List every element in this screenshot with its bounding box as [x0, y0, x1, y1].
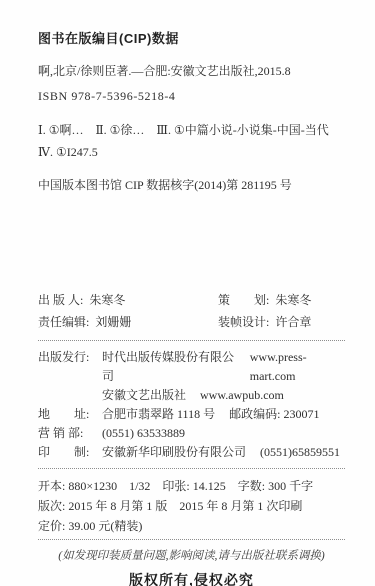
editor-value: 刘姗姗: [95, 314, 131, 331]
cip-isbn-line: ISBN 978-7-5396-5218-4: [38, 88, 345, 104]
designer-value: 许合章: [275, 314, 311, 331]
copyright-statement: 版权所有,侵权必究: [38, 570, 345, 586]
row-extra: (0551)65859551: [260, 443, 340, 462]
planner-label: 策 划:: [218, 292, 269, 309]
cip-header: 图书在版编目(CIP)数据: [38, 28, 345, 47]
dotted-divider: [38, 539, 345, 540]
row-label: 地 址:: [38, 405, 102, 424]
row-label: 印 制:: [38, 443, 102, 462]
edition-line: 版次: 2015 年 8 月第 1 版 2015 年 8 月第 1 次印刷: [38, 496, 345, 516]
price-line: 定价: 39.00 元(精装): [38, 516, 345, 536]
printing-specs-section: 开本: 880×1230 1/32 印张: 14.125 字数: 300 千字 …: [38, 476, 345, 536]
editor: 责任编辑: 刘姗姗: [38, 314, 218, 331]
row-label: 出版发行:: [38, 348, 102, 386]
designer: 装帧设计: 许合章: [218, 314, 345, 331]
publisher-info-section: 出版发行: 时代出版传媒股份有限公司 www.press-mart.com 安徽…: [38, 348, 345, 462]
cip-record-line: 中国版本图书馆 CIP 数据核字(2014)第 281195 号: [38, 177, 345, 193]
row-label: [38, 386, 102, 405]
publisher-info-row: 出版发行: 时代出版传媒股份有限公司 www.press-mart.com: [38, 348, 345, 386]
publisher-person-value: 朱寒冬: [89, 292, 125, 309]
staff-row: 责任编辑: 刘姗姗 装帧设计: 许合章: [38, 314, 345, 331]
planner-value: 朱寒冬: [275, 292, 311, 309]
publisher-info-row: 营 销 部: (0551) 63533889: [38, 424, 345, 443]
row-label: 营 销 部:: [38, 424, 102, 443]
cip-classification-line-2: Ⅳ. ①I247.5: [38, 144, 345, 160]
publisher-person-label: 出 版 人:: [38, 292, 83, 309]
quality-notice: (如发现印装质量问题,影响阅读,请与出版社联系调换): [38, 549, 345, 564]
row-extra: www.press-mart.com: [250, 348, 345, 386]
row-value: 安徽新华印刷股份有限公司: [102, 443, 246, 462]
row-value: 安徽文艺出版社: [102, 386, 186, 405]
staff-row: 出 版 人: 朱寒冬 策 划: 朱寒冬: [38, 292, 345, 309]
row-extra: 邮政编码: 230071: [229, 405, 319, 424]
publisher-info-row: 安徽文艺出版社 www.awpub.com: [38, 386, 345, 405]
publisher-info-row: 地 址: 合肥市翡翠路 1118 号 邮政编码: 230071: [38, 405, 345, 424]
dotted-divider: [38, 468, 345, 469]
planner: 策 划: 朱寒冬: [218, 292, 345, 309]
staff-credits-section: 出 版 人: 朱寒冬 策 划: 朱寒冬 责任编辑: 刘姗姗 装帧设计: 许合章: [38, 292, 345, 331]
row-value: 合肥市翡翠路 1118 号: [102, 405, 215, 424]
dotted-divider: [38, 340, 345, 341]
format-line: 开本: 880×1230 1/32 印张: 14.125 字数: 300 千字: [38, 476, 345, 496]
cip-title-line: 啊,北京/徐则臣著.—合肥:安徽文艺出版社,2015.8: [38, 63, 345, 79]
editor-label: 责任编辑:: [38, 314, 89, 331]
cip-classification-line-1: Ⅰ. ①啊… Ⅱ. ①徐… Ⅲ. ①中篇小说-小说集-中国-当代: [38, 122, 345, 138]
row-value: (0551) 63533889: [102, 424, 185, 443]
publisher-info-row: 印 制: 安徽新华印刷股份有限公司 (0551)65859551: [38, 443, 345, 462]
designer-label: 装帧设计:: [218, 314, 269, 331]
row-extra: www.awpub.com: [200, 386, 284, 405]
publisher-person: 出 版 人: 朱寒冬: [38, 292, 218, 309]
copyright-page: 图书在版编目(CIP)数据 啊,北京/徐则臣著.—合肥:安徽文艺出版社,2015…: [0, 0, 375, 586]
row-value: 时代出版传媒股份有限公司: [102, 348, 236, 386]
